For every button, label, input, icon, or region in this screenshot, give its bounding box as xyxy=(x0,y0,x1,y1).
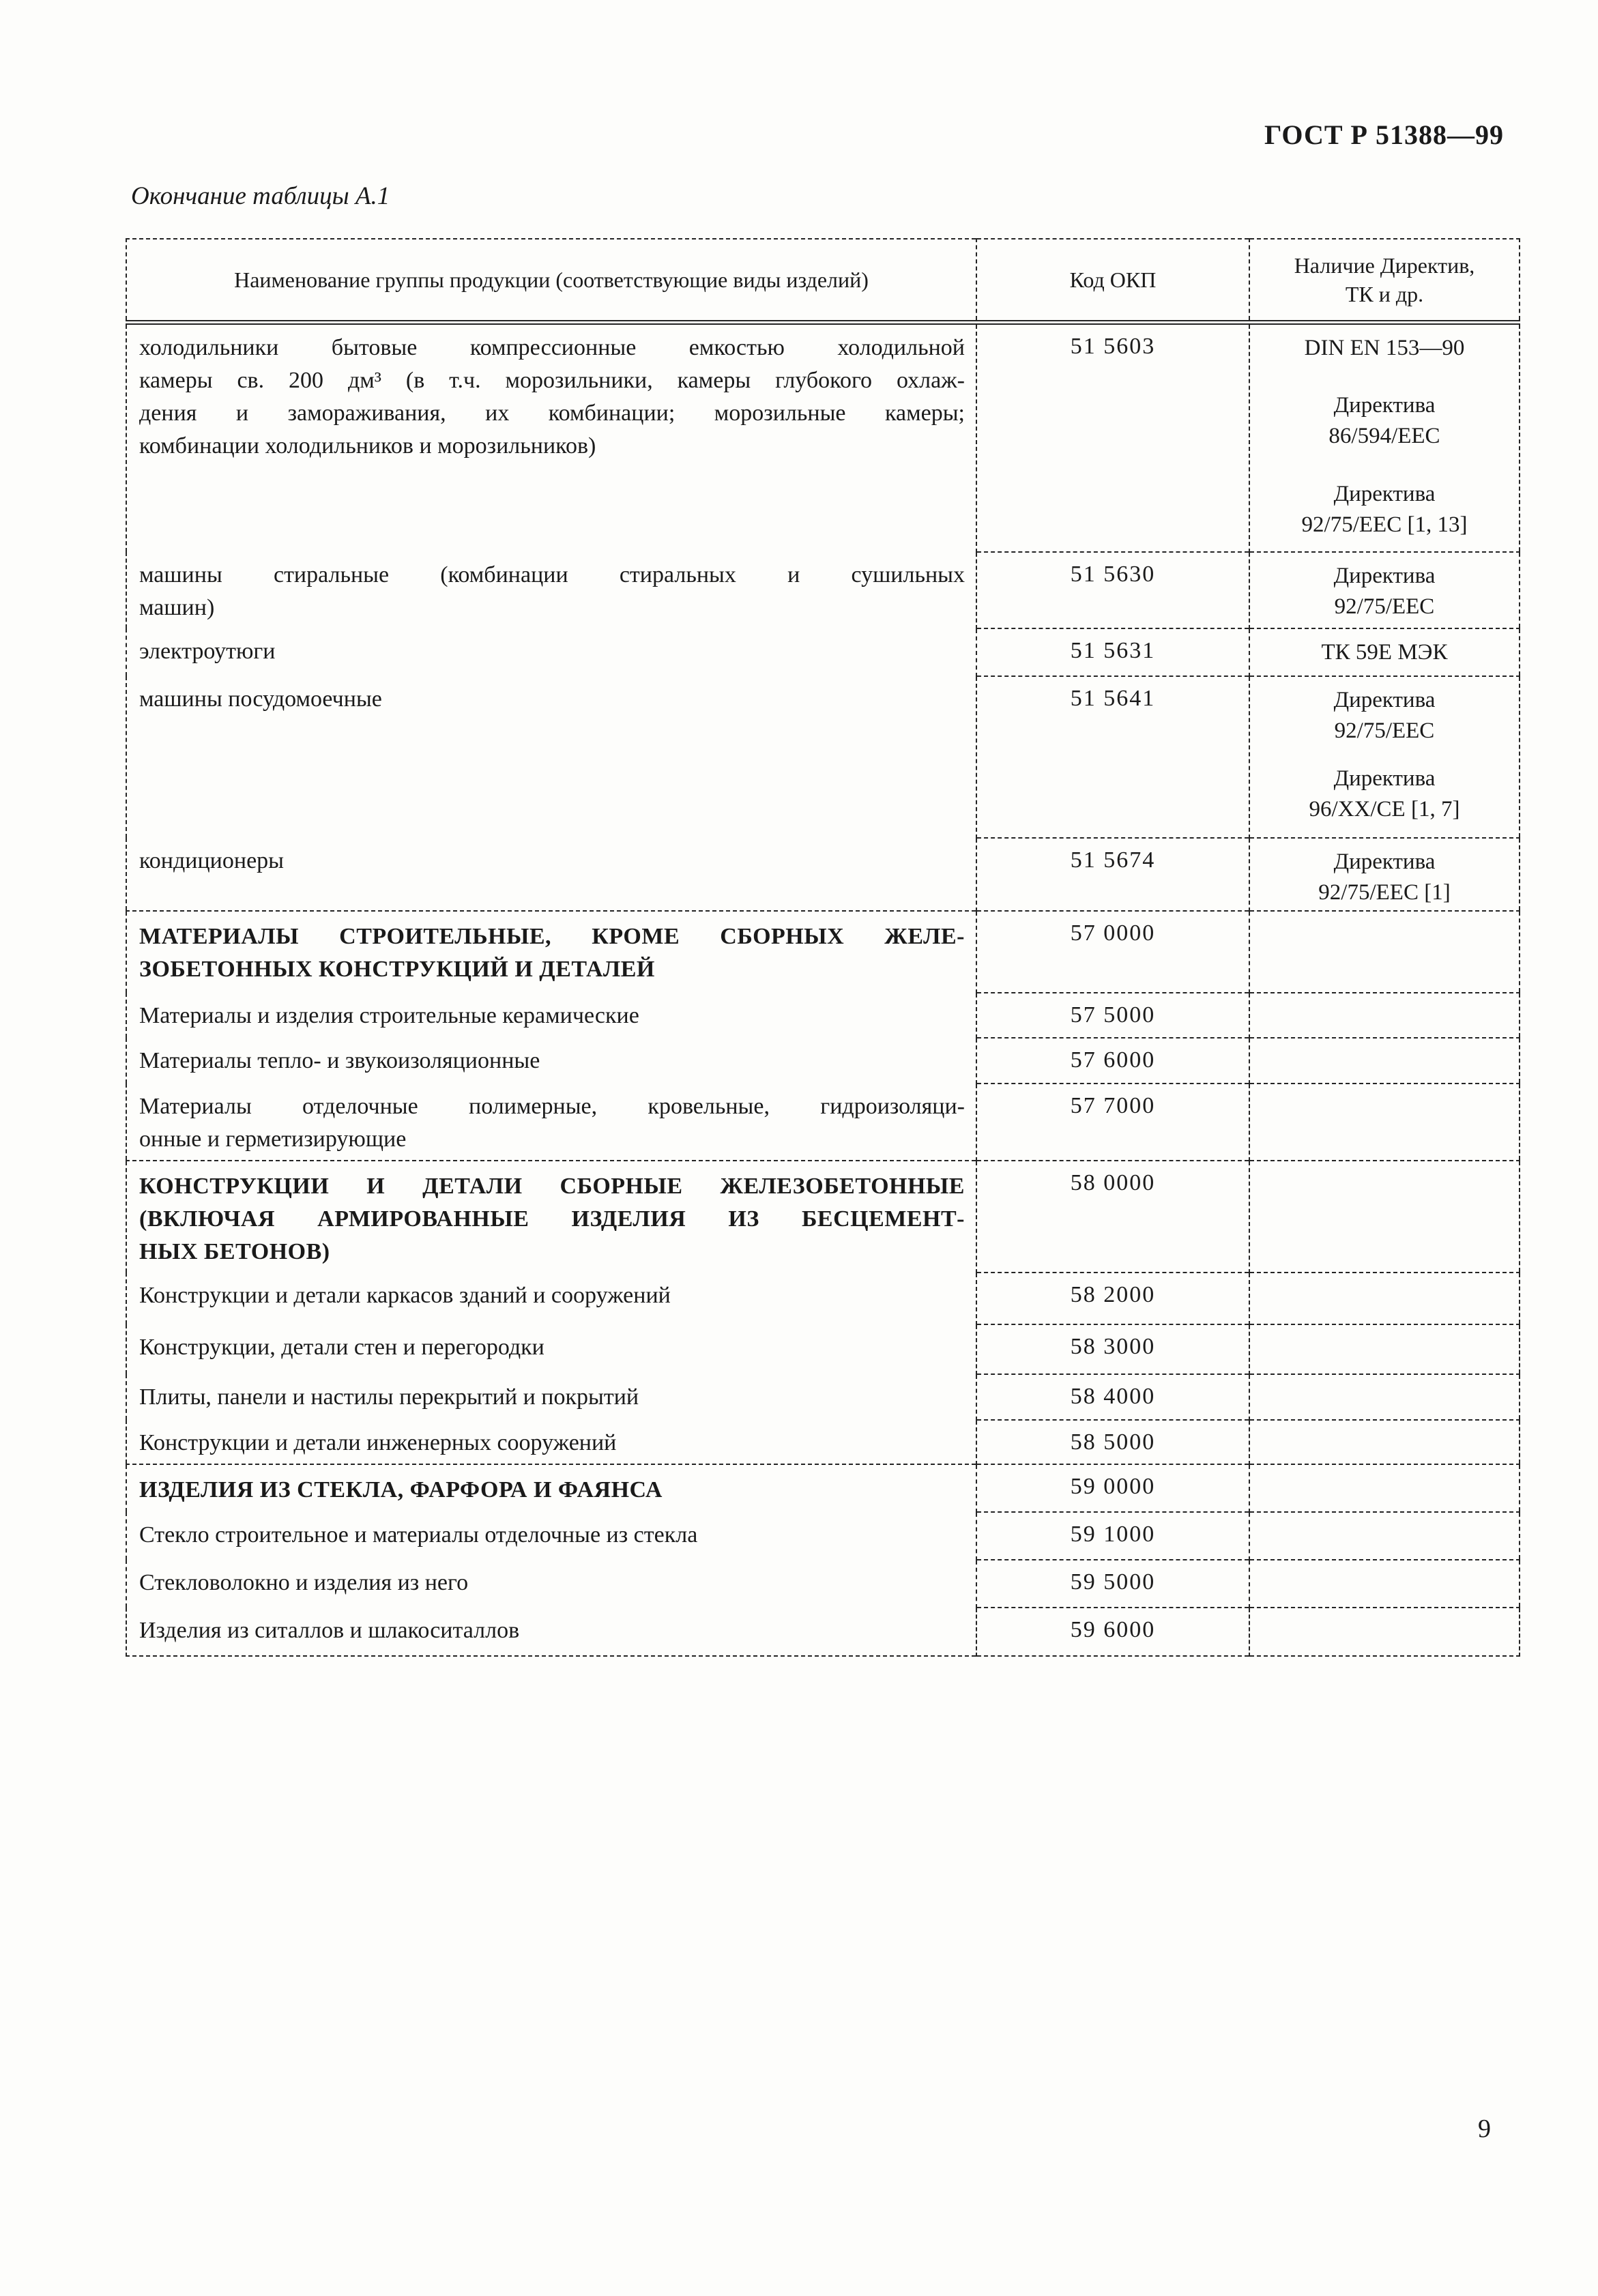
directives-cell: ТК 59Е МЭК xyxy=(1249,628,1520,676)
directive-entry: Директива92/75/EEC xyxy=(1334,561,1436,622)
directive-line: Директива xyxy=(1334,561,1436,592)
product-name-line: холодильники бытовые компрессионные емко… xyxy=(139,332,965,364)
directives-cell xyxy=(1249,1161,1520,1273)
directives-list: DIN EN 153—90Директива86/594/EECДиректив… xyxy=(1250,325,1519,551)
okp-code-cell: 51 5641 xyxy=(976,676,1249,838)
product-name-line: Стекловолокно и изделия из него xyxy=(139,1567,965,1599)
table-row: Материалы и изделия строительные керамич… xyxy=(126,993,1520,1038)
table-row: МАТЕРИАЛЫ СТРОИТЕЛЬНЫЕ, КРОМЕ СБОРНЫХ ЖЕ… xyxy=(126,911,1520,993)
okp-code-cell: 58 0000 xyxy=(976,1161,1249,1273)
directive-line: 86/594/EEC xyxy=(1328,421,1440,452)
product-name-cell: машины стиральные (комбинации стиральных… xyxy=(126,552,976,628)
product-name-cell: Изделия из ситаллов и шлакоситаллов xyxy=(126,1608,976,1656)
directive-line: DIN EN 153—90 xyxy=(1305,333,1465,364)
okp-code-cell: 51 5630 xyxy=(976,552,1249,628)
table-row: машины стиральные (комбинации стиральных… xyxy=(126,552,1520,628)
okp-code-cell: 51 5674 xyxy=(976,838,1249,911)
directive-entry: Директива92/75/EEC [1, 13] xyxy=(1302,479,1468,540)
products-table: Наименование группы продукции (соответст… xyxy=(126,238,1520,1657)
directives-cell: Директива92/75/EEC [1] xyxy=(1249,838,1520,911)
product-name-cell: Стекло строительное и материалы отделочн… xyxy=(126,1512,976,1560)
okp-code-cell: 57 6000 xyxy=(976,1038,1249,1084)
directives-cell xyxy=(1249,1273,1520,1324)
product-name-line: машины стиральные (комбинации стиральных… xyxy=(139,559,965,592)
directives-cell xyxy=(1249,1374,1520,1420)
directives-cell xyxy=(1249,1560,1520,1608)
table-row: Плиты, панели и настилы перекрытий и пок… xyxy=(126,1374,1520,1420)
okp-code-cell: 59 5000 xyxy=(976,1560,1249,1608)
product-name-line: Плиты, панели и настилы перекрытий и пок… xyxy=(139,1381,965,1414)
product-name-line: Изделия из ситаллов и шлакоситаллов xyxy=(139,1614,965,1647)
product-name-cell: Материалы тепло- и звукоизоляционные xyxy=(126,1038,976,1084)
directives-cell xyxy=(1249,1038,1520,1084)
product-name-cell: Материалы отделочные полимерные, кровель… xyxy=(126,1084,976,1161)
product-name-line: электроутюги xyxy=(139,635,965,668)
product-name-cell: Материалы и изделия строительные керамич… xyxy=(126,993,976,1038)
product-name-line: комбинации холодильников и морозильников… xyxy=(139,430,965,463)
directives-cell xyxy=(1249,1084,1520,1161)
product-name-line: машины посудомоечные xyxy=(139,683,965,716)
directive-line: Директива xyxy=(1318,847,1450,877)
product-name-cell: кондиционеры xyxy=(126,838,976,911)
products-table-body: холодильники бытовые компрессионные емко… xyxy=(126,322,1520,1656)
product-name-line: Материалы и изделия строительные керамич… xyxy=(139,1000,965,1032)
okp-code-cell: 51 5603 xyxy=(976,322,1249,552)
product-name-cell: Конструкции и детали каркасов зданий и с… xyxy=(126,1273,976,1324)
product-name-line: Конструкции и детали каркасов зданий и с… xyxy=(139,1279,965,1312)
table-row: холодильники бытовые компрессионные емко… xyxy=(126,322,1520,552)
okp-code-cell: 58 5000 xyxy=(976,1420,1249,1464)
directive-entry: Директива92/75/EEC xyxy=(1334,685,1436,746)
okp-code-cell: 59 0000 xyxy=(976,1464,1249,1512)
product-name-cell: ИЗДЕЛИЯ ИЗ СТЕКЛА, ФАРФОРА И ФАЯНСА xyxy=(126,1464,976,1512)
directives-cell xyxy=(1249,1420,1520,1464)
okp-code-cell: 57 7000 xyxy=(976,1084,1249,1161)
directive-entry: Директива92/75/EEC [1] xyxy=(1318,847,1450,908)
okp-code-cell: 58 3000 xyxy=(976,1324,1249,1374)
directive-entry: ТК 59Е МЭК xyxy=(1322,637,1448,668)
header-okp-code: Код ОКП xyxy=(976,239,1249,322)
product-name-line: Конструкции и детали инженерных сооружен… xyxy=(139,1427,965,1459)
directives-cell xyxy=(1249,1324,1520,1374)
table-row: кондиционеры51 5674Директива92/75/EEC [1… xyxy=(126,838,1520,911)
header-product-name: Наименование группы продукции (соответст… xyxy=(126,239,976,322)
product-name-cell: Стекловолокно и изделия из него xyxy=(126,1560,976,1608)
table-row: ИЗДЕЛИЯ ИЗ СТЕКЛА, ФАРФОРА И ФАЯНСА59 00… xyxy=(126,1464,1520,1512)
directives-cell: DIN EN 153—90Директива86/594/EECДиректив… xyxy=(1249,322,1520,552)
product-name-line: кондиционеры xyxy=(139,845,965,877)
product-name-line: Материалы тепло- и звукоизоляционные xyxy=(139,1045,965,1077)
directives-list: ТК 59Е МЭК xyxy=(1250,629,1519,674)
product-name-line: дения и замораживания, их комбинации; мо… xyxy=(139,397,965,430)
directives-cell xyxy=(1249,1464,1520,1512)
directives-cell xyxy=(1249,993,1520,1038)
okp-code-cell: 57 0000 xyxy=(976,911,1249,993)
product-name-cell: Плиты, панели и настилы перекрытий и пок… xyxy=(126,1374,976,1420)
okp-code-cell: 59 1000 xyxy=(976,1512,1249,1560)
directive-line: 92/75/EEC xyxy=(1334,716,1436,746)
okp-code-cell: 57 5000 xyxy=(976,993,1249,1038)
product-name-line: Стекло строительное и материалы отделочн… xyxy=(139,1519,965,1552)
directive-line: 96/XX/CE [1, 7] xyxy=(1309,794,1460,825)
document-page: ГОСТ Р 51388—99 Окончание таблицы А.1 На… xyxy=(0,0,1598,2296)
product-name-cell: Конструкции и детали инженерных сооружен… xyxy=(126,1420,976,1464)
doc-reference: ГОСТ Р 51388—99 xyxy=(1264,119,1504,151)
table-row: Конструкции, детали стен и перегородки58… xyxy=(126,1324,1520,1374)
product-name-line: (ВКЛЮЧАЯ АРМИРОВАННЫЕ ИЗДЕЛИЯ ИЗ БЕСЦЕМЕ… xyxy=(139,1203,965,1236)
directive-line: Директива xyxy=(1302,479,1468,510)
directives-cell: Директива92/75/EEC xyxy=(1249,552,1520,628)
directive-line: Директива xyxy=(1328,390,1440,421)
product-name-line: онные и герметизирующие xyxy=(139,1123,965,1156)
directive-line: 92/75/EEC [1] xyxy=(1318,877,1450,908)
directive-line: ТК 59Е МЭК xyxy=(1322,637,1448,668)
product-name-line: машин) xyxy=(139,592,965,624)
table-row: Конструкции и детали инженерных сооружен… xyxy=(126,1420,1520,1464)
table-row: Стекловолокно и изделия из него59 5000 xyxy=(126,1560,1520,1608)
okp-code-cell: 59 6000 xyxy=(976,1608,1249,1656)
directive-line: Директива xyxy=(1334,685,1436,716)
table-row: Материалы тепло- и звукоизоляционные57 6… xyxy=(126,1038,1520,1084)
directives-cell xyxy=(1249,1608,1520,1656)
table-row: электроутюги51 5631ТК 59Е МЭК xyxy=(126,628,1520,676)
product-name-line: МАТЕРИАЛЫ СТРОИТЕЛЬНЫЕ, КРОМЕ СБОРНЫХ ЖЕ… xyxy=(139,920,965,953)
directives-cell xyxy=(1249,1512,1520,1560)
product-name-cell: КОНСТРУКЦИИ И ДЕТАЛИ СБОРНЫЕ ЖЕЛЕЗОБЕТОН… xyxy=(126,1161,976,1273)
table-row: машины посудомоечные51 5641Директива92/7… xyxy=(126,676,1520,838)
product-name-line: Материалы отделочные полимерные, кровель… xyxy=(139,1090,965,1123)
directive-line: 92/75/EEC xyxy=(1334,592,1436,622)
table-row: Материалы отделочные полимерные, кровель… xyxy=(126,1084,1520,1161)
product-name-line: КОНСТРУКЦИИ И ДЕТАЛИ СБОРНЫЕ ЖЕЛЕЗОБЕТОН… xyxy=(139,1170,965,1203)
table-caption: Окончание таблицы А.1 xyxy=(131,181,390,211)
table-row: КОНСТРУКЦИИ И ДЕТАЛИ СБОРНЫЕ ЖЕЛЕЗОБЕТОН… xyxy=(126,1161,1520,1273)
product-name-cell: машины посудомоечные xyxy=(126,676,976,838)
product-name-line: камеры св. 200 дм³ (в т.ч. морозильники,… xyxy=(139,364,965,397)
table-row: Конструкции и детали каркасов зданий и с… xyxy=(126,1273,1520,1324)
table-row: Стекло строительное и материалы отделочн… xyxy=(126,1512,1520,1560)
product-name-line: Конструкции, детали стен и перегородки xyxy=(139,1331,965,1364)
page-number: 9 xyxy=(1478,2114,1491,2144)
directive-line: 92/75/EEC [1, 13] xyxy=(1302,510,1468,540)
directives-list: Директива92/75/EEC [1] xyxy=(1250,839,1519,909)
product-name-cell: МАТЕРИАЛЫ СТРОИТЕЛЬНЫЕ, КРОМЕ СБОРНЫХ ЖЕ… xyxy=(126,911,976,993)
table-header-row: Наименование группы продукции (соответст… xyxy=(126,239,1520,322)
directives-list: Директива92/75/EEC xyxy=(1250,553,1519,621)
header-directives: Наличие Директив, ТК и др. xyxy=(1249,239,1520,322)
directives-list: Директива92/75/EECДиректива96/XX/CE [1, … xyxy=(1250,677,1519,836)
product-name-line: ИЗДЕЛИЯ ИЗ СТЕКЛА, ФАРФОРА И ФАЯНСА xyxy=(139,1474,965,1507)
table-row: Изделия из ситаллов и шлакоситаллов59 60… xyxy=(126,1608,1520,1656)
directive-entry: DIN EN 153—90 xyxy=(1305,333,1465,364)
directive-line: Директива xyxy=(1309,764,1460,794)
directive-entry: Директива86/594/EEC xyxy=(1328,390,1440,452)
okp-code-cell: 51 5631 xyxy=(976,628,1249,676)
directives-cell xyxy=(1249,911,1520,993)
okp-code-cell: 58 2000 xyxy=(976,1273,1249,1324)
product-name-cell: Конструкции, детали стен и перегородки xyxy=(126,1324,976,1374)
okp-code-cell: 58 4000 xyxy=(976,1374,1249,1420)
directives-cell: Директива92/75/EECДиректива96/XX/CE [1, … xyxy=(1249,676,1520,838)
product-name-line: НЫХ БЕТОНОВ) xyxy=(139,1236,965,1268)
directive-entry: Директива96/XX/CE [1, 7] xyxy=(1309,764,1460,825)
product-name-cell: электроутюги xyxy=(126,628,976,676)
product-name-cell: холодильники бытовые компрессионные емко… xyxy=(126,322,976,552)
product-name-line: ЗОБЕТОННЫХ КОНСТРУКЦИЙ И ДЕТАЛЕЙ xyxy=(139,953,965,986)
